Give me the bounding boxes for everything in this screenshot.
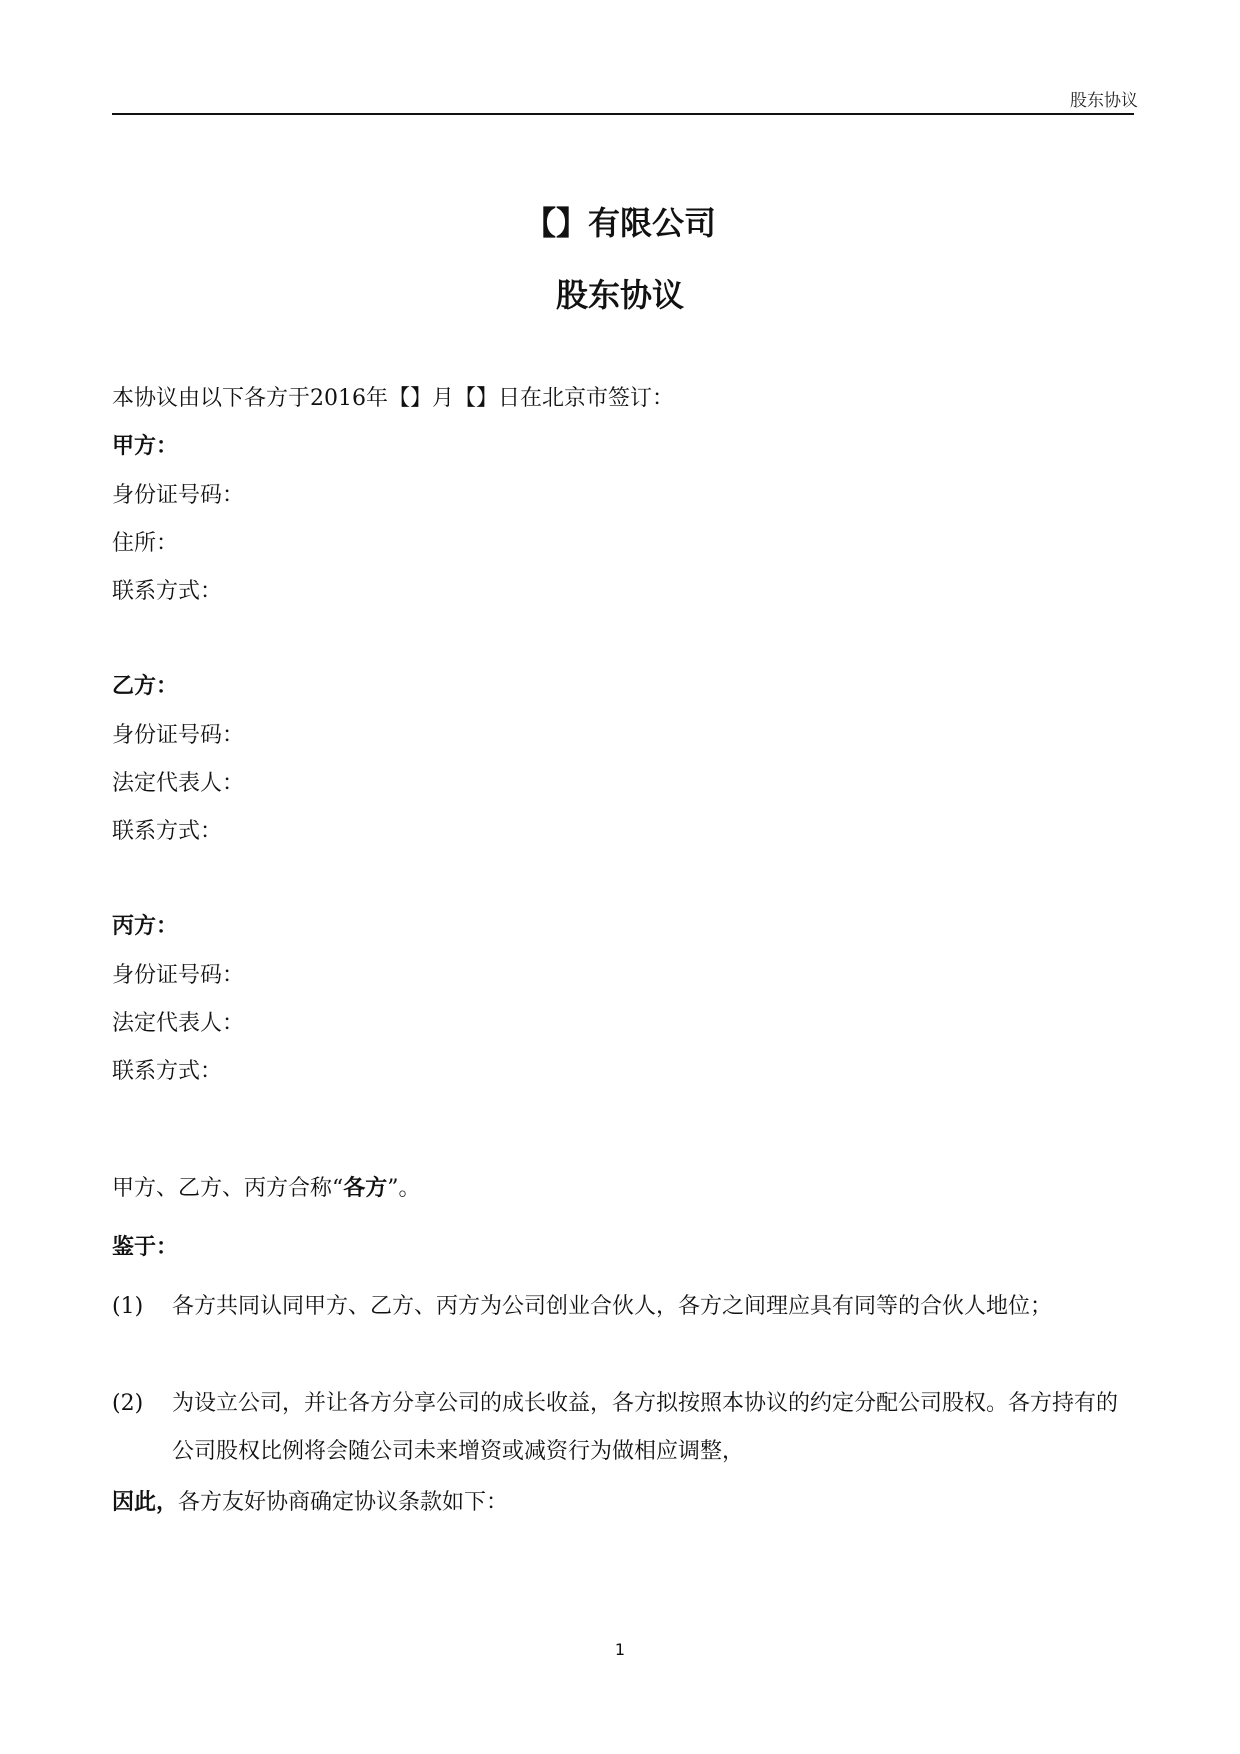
company-title: 【】有限公司 — [0, 198, 1240, 244]
party-c-contact-field: 联系方式： — [112, 1057, 222, 1087]
party-b-contact-field: 联系方式： — [112, 817, 222, 847]
party-a-contact-field: 联系方式： — [112, 577, 222, 607]
party-a-label: 甲方： — [112, 432, 178, 462]
document-title: 股东协议 — [0, 270, 1240, 316]
party-b-representative-field: 法定代表人： — [112, 769, 244, 799]
recital-2-number: (2) — [112, 1389, 143, 1419]
conclusion-text: 各方友好协商确定协议条款如下： — [178, 1490, 508, 1515]
collective-term: 各方 — [343, 1176, 387, 1201]
conclusion-lead: 因此， — [112, 1490, 178, 1515]
recital-1-number: (1) — [112, 1292, 143, 1322]
party-b-id-field: 身份证号码： — [112, 721, 244, 751]
collective-suffix: ”。 — [387, 1176, 420, 1201]
party-a-address-field: 住所： — [112, 529, 178, 559]
intro-paragraph: 本协议由以下各方于2016年【】月【】日在北京市签订： — [112, 384, 674, 414]
recital-1-text: 各方共同认同甲方、乙方、丙方为公司创业合伙人，各方之间理应具有同等的合伙人地位； — [172, 1283, 1132, 1331]
page-number: 1 — [0, 1640, 1240, 1659]
party-c-representative-field: 法定代表人： — [112, 1009, 244, 1039]
conclusion-paragraph: 因此，各方友好协商确定协议条款如下： — [112, 1488, 508, 1518]
running-title: 股东协议 — [1070, 86, 1138, 111]
party-c-id-field: 身份证号码： — [112, 961, 244, 991]
party-a-id-field: 身份证号码： — [112, 481, 244, 511]
party-b-label: 乙方： — [112, 672, 178, 702]
party-c-label: 丙方： — [112, 912, 178, 942]
collective-definition: 甲方、乙方、丙方合称“各方”。 — [112, 1174, 421, 1204]
recital-2-text: 为设立公司，并让各方分享公司的成长收益，各方拟按照本协议的约定分配公司股权。各方… — [172, 1380, 1132, 1476]
recitals-heading: 鉴于： — [112, 1233, 178, 1263]
collective-prefix: 甲方、乙方、丙方合称“ — [112, 1176, 343, 1201]
header-divider — [112, 113, 1134, 115]
